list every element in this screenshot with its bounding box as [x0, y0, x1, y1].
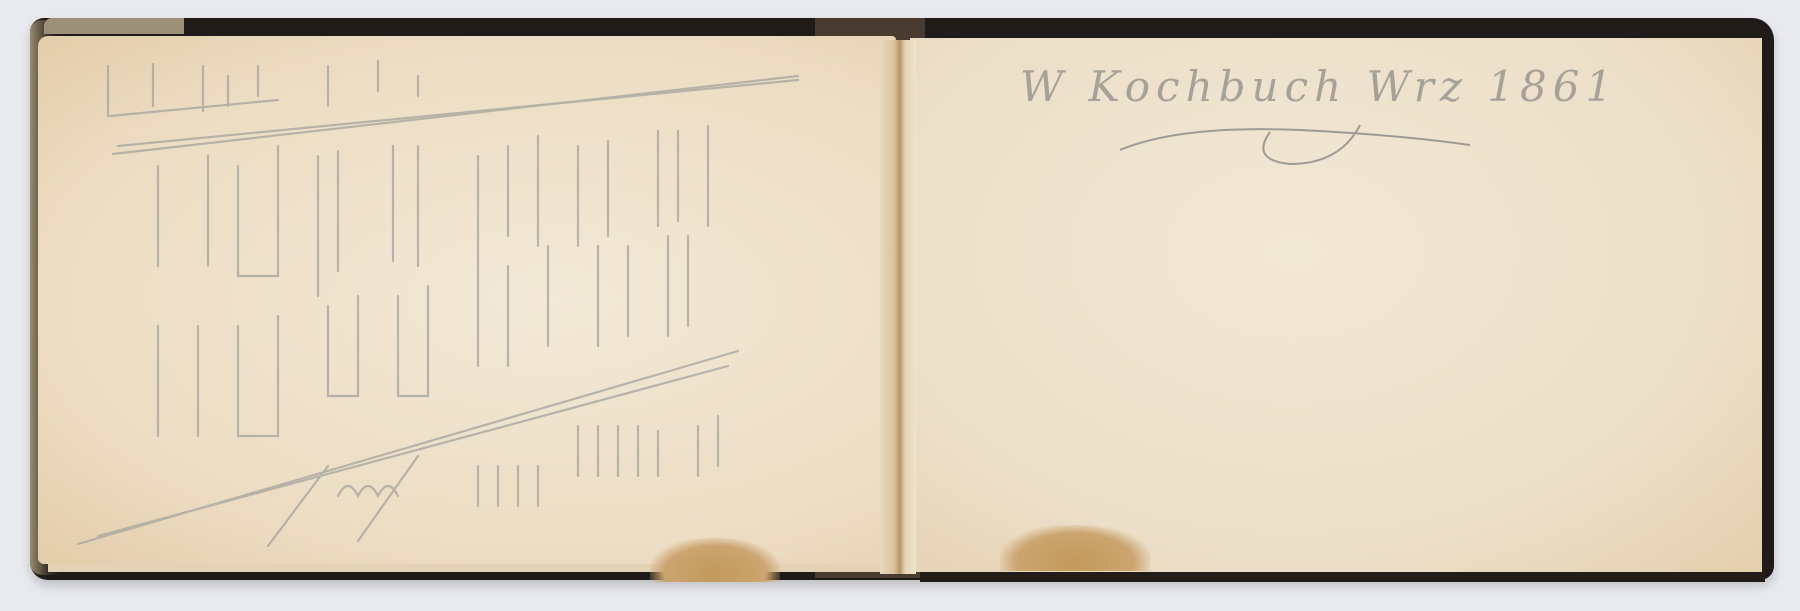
- right-page: [910, 38, 1762, 572]
- handwritten-inscription: W Kochbuch Wrz 1861: [1020, 62, 1618, 111]
- inscription-flourish: [1120, 120, 1480, 170]
- pencil-sketch: [38, 36, 896, 564]
- right-water-stain: [1000, 525, 1150, 571]
- worn-cover-corner: [44, 18, 184, 34]
